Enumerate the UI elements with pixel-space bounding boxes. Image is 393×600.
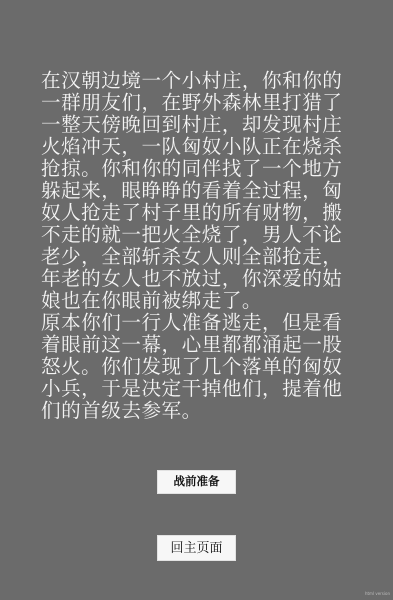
return-home-button[interactable]: 回主页面 — [157, 535, 236, 561]
battle-preparation-button[interactable]: 战前准备 — [157, 470, 236, 494]
story-text: 在汉朝边境一个小村庄，你和你的一群朋友们，在野外森林里打猎了一整天傍晚回到村庄，… — [41, 70, 349, 422]
version-watermark: html version — [365, 591, 390, 596]
story-paragraph-2: 原本你们一行人准备逃走，但是看着眼前这一幕，心里都都涌起一股怒火。你们发现了几个… — [41, 312, 349, 422]
story-paragraph-1: 在汉朝边境一个小村庄，你和你的一群朋友们，在野外森林里打猎了一整天傍晚回到村庄，… — [41, 70, 349, 312]
game-screen: 在汉朝边境一个小村庄，你和你的一群朋友们，在野外森林里打猎了一整天傍晚回到村庄，… — [0, 0, 393, 600]
